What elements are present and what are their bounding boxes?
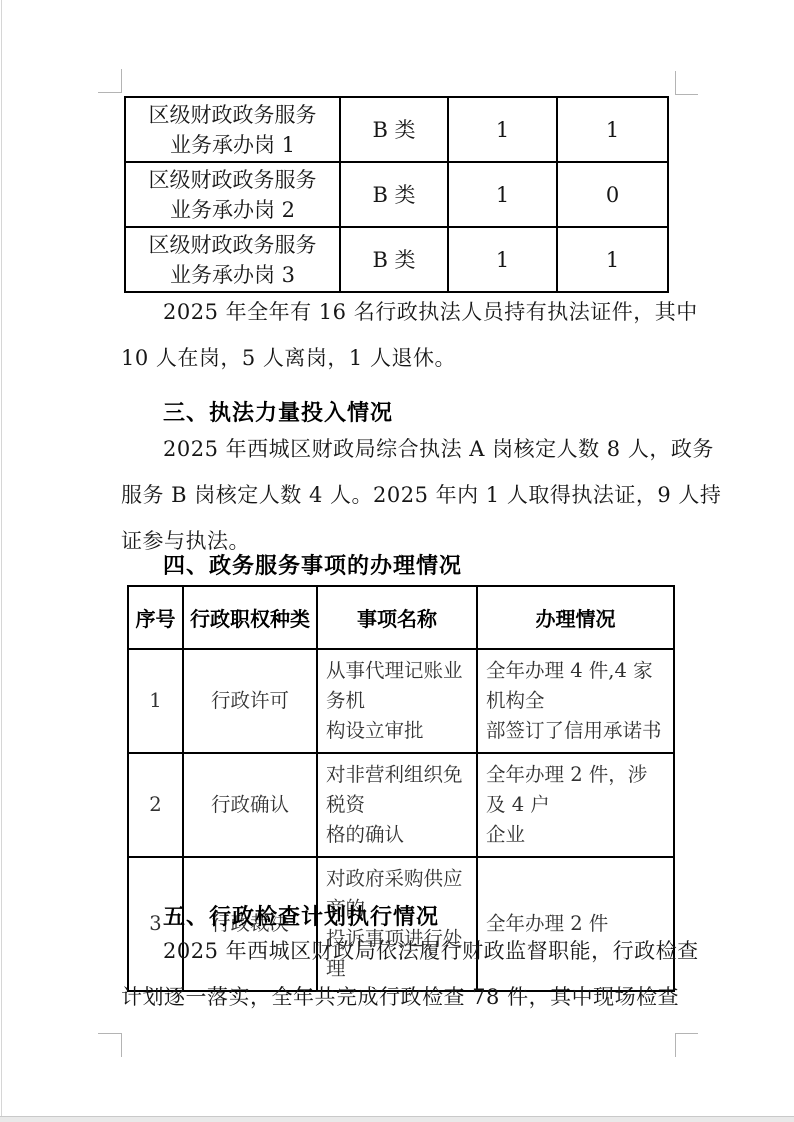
position-approved-cell: 1 (448, 97, 557, 162)
position-approved-cell: 1 (448, 162, 557, 227)
positions-table-row: 区级财政政务服务 业务承办岗 3 B 类 1 1 (125, 227, 668, 292)
document-page: 区级财政政务服务 业务承办岗 1 B 类 1 1 区级财政政务服务 业务承办岗 … (0, 0, 794, 1122)
position-approved-cell: 1 (448, 227, 557, 292)
position-actual-cell: 1 (557, 97, 668, 162)
row-type-cell: 行政许可 (183, 649, 317, 753)
paragraph-line: 服务 B 岗核定人数 4 人。2025 年内 1 人取得执法证，9 人持 (121, 472, 675, 518)
paragraph-line: 10 人在岗，5 人离岗，1 人退休。 (121, 335, 675, 381)
page-bottom-gap (0, 1116, 794, 1122)
paragraph-line: 计划逐一落实，全年共完成行政检查 78 件，其中现场检查 (121, 974, 675, 1020)
section-heading-service-items: 四、政务服务事项的办理情况 (163, 549, 683, 580)
paragraph-enforcement-staffing: 2025 年西城区财政局综合执法 A 岗核定人数 8 人，政务 服务 B 岗核定… (121, 426, 675, 564)
row-no-cell: 1 (128, 649, 183, 753)
row-result-cell: 全年办理 2 件，涉及 4 户 企业 (477, 753, 674, 857)
header-cell-result: 办理情况 (477, 586, 674, 649)
position-category-cell: B 类 (340, 227, 448, 292)
position-name-cell: 区级财政政务服务 业务承办岗 2 (125, 162, 340, 227)
position-name-cell: 区级财政政务服务 业务承办岗 1 (125, 97, 340, 162)
row-type-cell: 行政确认 (183, 753, 317, 857)
position-name-cell: 区级财政政务服务 业务承办岗 3 (125, 227, 340, 292)
service-items-header-row: 序号 行政职权种类 事项名称 办理情况 (128, 586, 674, 649)
section-heading-enforcement-force: 三、执法力量投入情况 (163, 396, 683, 427)
position-category-cell: B 类 (340, 162, 448, 227)
position-actual-cell: 1 (557, 227, 668, 292)
paragraph-line: 2025 年西城区财政局依法履行财政监督职能，行政检查 (121, 928, 675, 974)
position-actual-cell: 0 (557, 162, 668, 227)
positions-table-row: 区级财政政务服务 业务承办岗 2 B 类 1 0 (125, 162, 668, 227)
paragraph-inspection-plan: 2025 年西城区财政局依法履行财政监督职能，行政检查 计划逐一落实，全年共完成… (121, 928, 675, 1020)
paragraph-line: 2025 年全年有 16 名行政执法人员持有执法证件，其中 (121, 289, 675, 335)
section-heading-inspection-plan: 五、行政检查计划执行情况 (163, 900, 683, 931)
row-item-cell: 从事代理记账业务机 构设立审批 (317, 649, 477, 753)
positions-table: 区级财政政务服务 业务承办岗 1 B 类 1 1 区级财政政务服务 业务承办岗 … (124, 96, 669, 293)
service-items-row: 2 行政确认 对非营利组织免税资 格的确认 全年办理 2 件，涉及 4 户 企业 (128, 753, 674, 857)
positions-table-row: 区级财政政务服务 业务承办岗 1 B 类 1 1 (125, 97, 668, 162)
service-items-row: 1 行政许可 从事代理记账业务机 构设立审批 全年办理 4 件,4 家机构全 部… (128, 649, 674, 753)
header-cell-no: 序号 (128, 586, 183, 649)
row-result-cell: 全年办理 4 件,4 家机构全 部签订了信用承诺书 (477, 649, 674, 753)
header-cell-type: 行政职权种类 (183, 586, 317, 649)
position-category-cell: B 类 (340, 97, 448, 162)
row-item-cell: 对非营利组织免税资 格的确认 (317, 753, 477, 857)
paragraph-certificate-holders: 2025 年全年有 16 名行政执法人员持有执法证件，其中 10 人在岗，5 人… (121, 289, 675, 381)
row-no-cell: 2 (128, 753, 183, 857)
header-cell-item: 事项名称 (317, 586, 477, 649)
page-left-edge (1, 0, 2, 1116)
paragraph-line: 2025 年西城区财政局综合执法 A 岗核定人数 8 人，政务 (121, 426, 675, 472)
